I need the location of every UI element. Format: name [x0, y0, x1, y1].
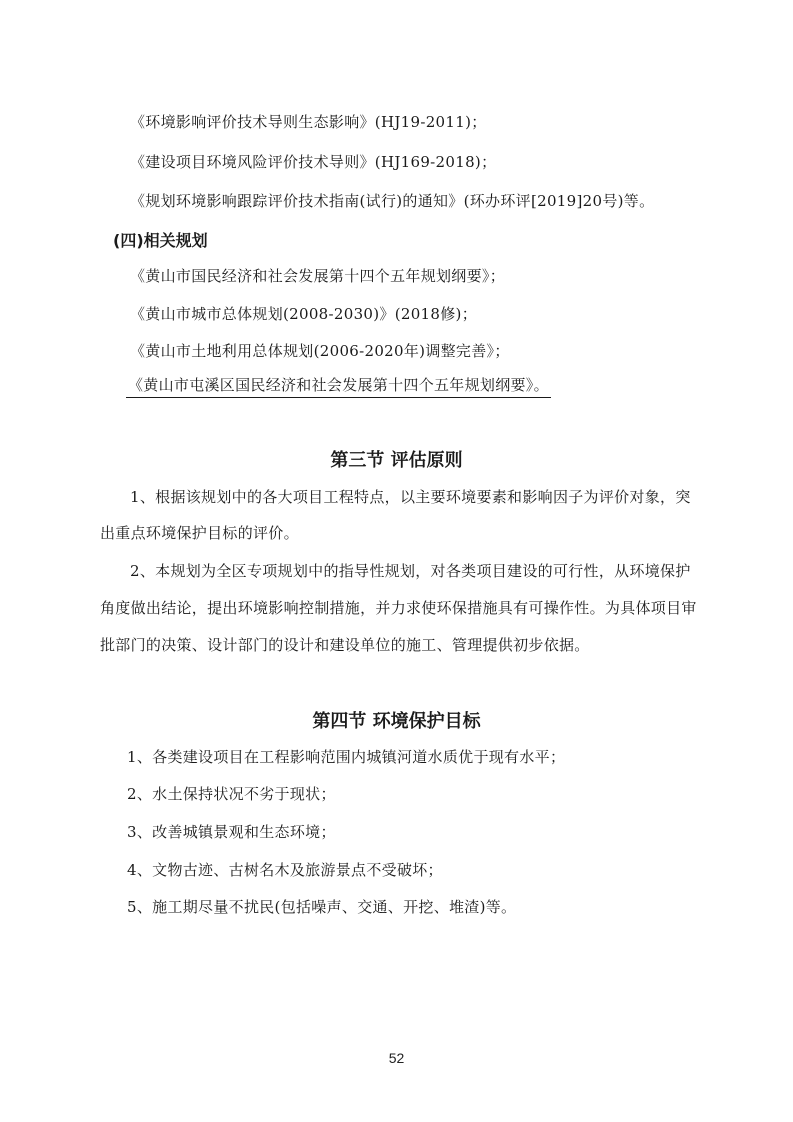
page-number: 52 [0, 1050, 793, 1066]
standard-item: 《环境影响评价技术导则生态影响》(HJ19-2011)； [130, 111, 487, 132]
section4-title: 第四节 环境保护目标 [0, 707, 793, 733]
target-item: 4、文物古迹、古树名木及旅游景点不受破坏； [127, 859, 443, 880]
plan-item: 《黄山市城市总体规划(2008-2030)》(2018修)； [130, 303, 477, 324]
plan-item: 《黄山市土地利用总体规划(2006-2020年)调整完善》； [130, 340, 510, 361]
principle-2-line1: 2、本规划为全区专项规划中的指导性规划，对各类项目建设的可行性，从环境保护 [130, 560, 691, 581]
target-item: 3、改善城镇景观和生态环境； [127, 821, 336, 842]
target-item: 2、水土保持状况不劣于现状； [127, 783, 336, 804]
plan-item: 《黄山市国民经济和社会发展第十四个五年规划纲要》； [130, 265, 505, 286]
target-item: 1、各类建设项目在工程影响范围内城镇河道水质优于现有水平； [127, 746, 565, 767]
standard-item: 《规划环境影响跟踪评价技术指南(试行)的通知》(环办环评[2019]20号)等。 [130, 190, 654, 211]
principle-2-line2: 角度做出结论，提出环境影响控制措施，并力求使环保措施具有可操作性。为具体项目审 [100, 597, 697, 618]
target-item: 5、施工期尽量不扰民(包括噪声、交通、开挖、堆渣)等。 [127, 896, 516, 917]
plan-item: 《黄山市屯溪区国民经济和社会发展第十四个五年规划纲要》。 [126, 374, 551, 398]
principle-1-line1: 1、根据该规划中的各大项目工程特点，以主要环境要素和影响因子为评价对象，突 [130, 486, 691, 507]
principle-2-line3: 批部门的决策、设计部门的设计和建设单位的施工、管理提供初步依据。 [100, 634, 590, 655]
standard-item: 《建设项目环境风险评价技术导则》(HJ169-2018)； [130, 151, 496, 172]
section3-title: 第三节 评估原则 [0, 446, 793, 472]
principle-1-line2: 出重点环境保护目标的评价。 [100, 522, 299, 543]
related-plans-heading: (四)相关规划 [113, 228, 208, 251]
